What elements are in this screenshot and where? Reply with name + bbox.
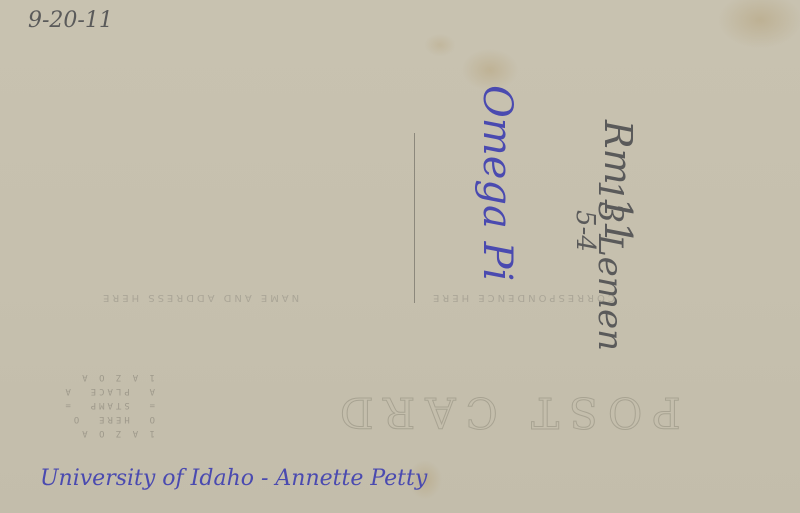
measure-note: 5-4 [570, 210, 600, 252]
address-label: NAME AND ADDRESS HERE [100, 292, 299, 303]
stamp-box: 1 A Z O A O HERE O = STAMP = A PLACE A 1… [75, 322, 155, 440]
stamp-line: 1 A Z O A [75, 426, 155, 440]
room-note: Rm 11 [596, 120, 640, 245]
postcard-title: POST CARD [330, 388, 681, 437]
correspondence-label: CORRESPONDENCE HERE [430, 292, 615, 303]
sorority-note: Omega Pi [474, 85, 520, 281]
stamp-line: = STAMP = [75, 398, 155, 412]
stamp-line: 1 A Z O A [75, 370, 155, 384]
date-note: 9-20-11 [28, 8, 113, 33]
stamp-line: A PLACE A [75, 384, 155, 398]
divider-line [414, 133, 415, 303]
caption-note: University of Idaho - Annette Petty [40, 466, 427, 491]
postcard-back: 9-20-11 13 Lemen Rm 11 5-4 Omega Pi Univ… [0, 0, 800, 513]
stamp-line: O HERE O [75, 412, 155, 426]
